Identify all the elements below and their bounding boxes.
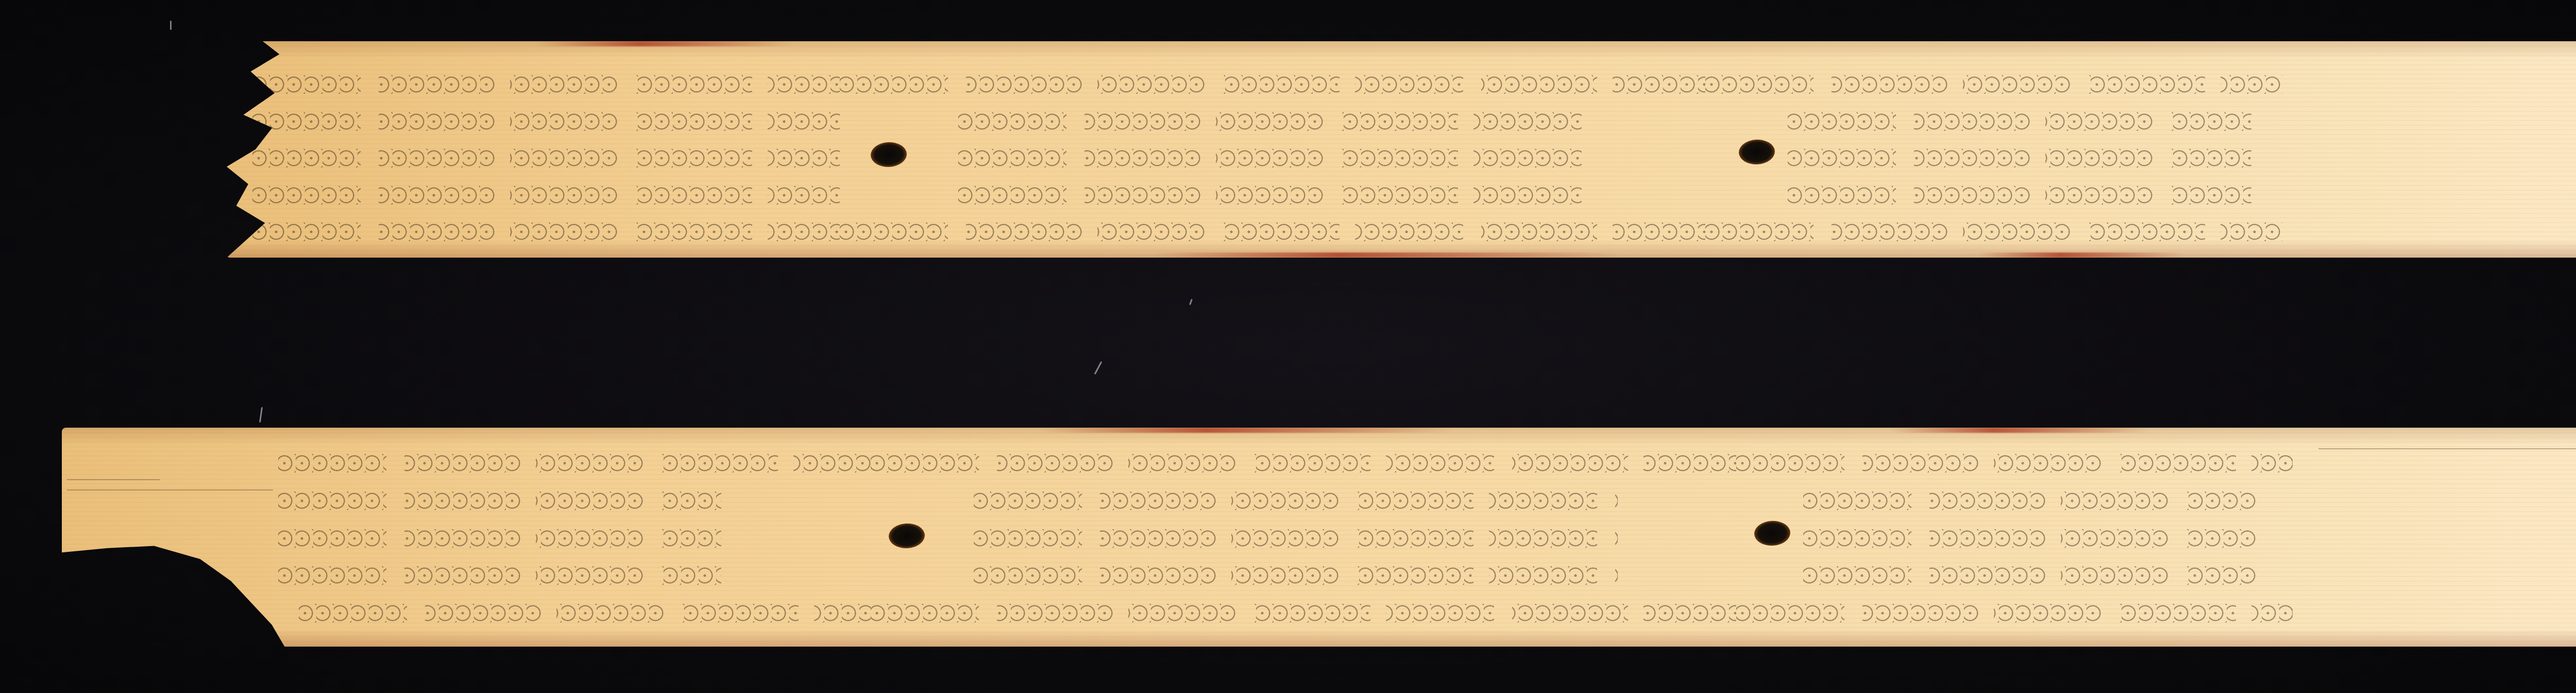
script-line bbox=[1705, 219, 2282, 242]
script-line bbox=[1803, 488, 2257, 511]
script-line bbox=[252, 146, 840, 168]
script-line bbox=[299, 601, 871, 623]
script-line bbox=[278, 451, 871, 474]
fiber-speck bbox=[170, 21, 172, 30]
script-line bbox=[252, 219, 840, 242]
script-line bbox=[1736, 451, 2293, 474]
text-block bbox=[1736, 451, 2293, 623]
script-line bbox=[1803, 563, 2257, 586]
edge-stain bbox=[536, 41, 793, 46]
script-line bbox=[278, 526, 721, 549]
script-line bbox=[1803, 526, 2257, 549]
script-line bbox=[278, 488, 721, 511]
ruled-line bbox=[67, 479, 160, 480]
script-line bbox=[974, 526, 1618, 549]
script-line bbox=[1736, 601, 2293, 623]
script-line bbox=[840, 219, 1705, 242]
palm-leaf-top bbox=[227, 41, 2576, 258]
script-line bbox=[871, 451, 1736, 474]
edge-stain bbox=[1154, 252, 1618, 258]
ruled-line bbox=[67, 489, 273, 491]
text-block bbox=[871, 451, 1736, 623]
text-block bbox=[840, 72, 1705, 242]
edge-stain bbox=[1891, 428, 2148, 433]
script-line bbox=[958, 109, 1582, 132]
text-block bbox=[252, 72, 840, 242]
script-line bbox=[840, 72, 1705, 95]
script-line bbox=[252, 183, 840, 206]
script-line bbox=[958, 183, 1582, 206]
script-line bbox=[958, 146, 1582, 168]
script-line bbox=[278, 563, 721, 586]
edge-stain bbox=[1978, 252, 2184, 258]
ruled-line bbox=[2318, 448, 2576, 449]
text-block bbox=[278, 451, 871, 623]
palm-leaf-bottom bbox=[62, 428, 2576, 647]
script-line bbox=[974, 563, 1618, 586]
script-line bbox=[974, 488, 1618, 511]
script-line bbox=[252, 72, 840, 95]
script-line bbox=[1705, 72, 2282, 95]
script-line bbox=[1788, 146, 2251, 168]
script-line bbox=[1788, 109, 2251, 132]
script-line bbox=[871, 601, 1736, 623]
text-block bbox=[1705, 72, 2282, 242]
script-line bbox=[252, 109, 840, 132]
edge-stain bbox=[1041, 428, 1453, 433]
script-line bbox=[1788, 183, 2251, 206]
